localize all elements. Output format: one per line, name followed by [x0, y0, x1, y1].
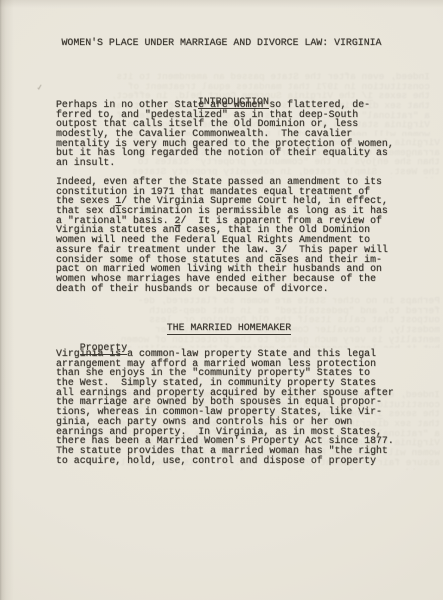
paragraph-introduction-1: Perhaps in no other State are women so f… [56, 100, 394, 168]
text-line: Perhaps in no other State are women so f… [40, 296, 440, 306]
text-line: to acquire, hold, use, control and dispo… [56, 456, 394, 466]
document-page: Indeed, even after the State passed an a… [0, 0, 443, 600]
text-line: Indeed, even after the State passed an a… [30, 72, 430, 82]
text-line: an insult. [56, 158, 394, 168]
text-line: death of their husbands or because of di… [56, 284, 388, 294]
section-heading-married-homemaker: THE MARRIED HOMEMAKER [143, 311, 291, 346]
section-heading-label: THE MARRIED HOMEMAKER [167, 322, 291, 335]
paragraph-property-1: Virginia is a common-law property State … [56, 349, 394, 465]
text-line: consider some of those statutes and case… [60, 468, 440, 471]
paragraph-introduction-2: Indeed, even after the State passed an a… [56, 177, 388, 293]
document-title: WOMEN'S PLACE UNDER MARRIAGE AND DIVORCE… [0, 37, 443, 48]
page-top-edge-shadow [0, 0, 443, 8]
